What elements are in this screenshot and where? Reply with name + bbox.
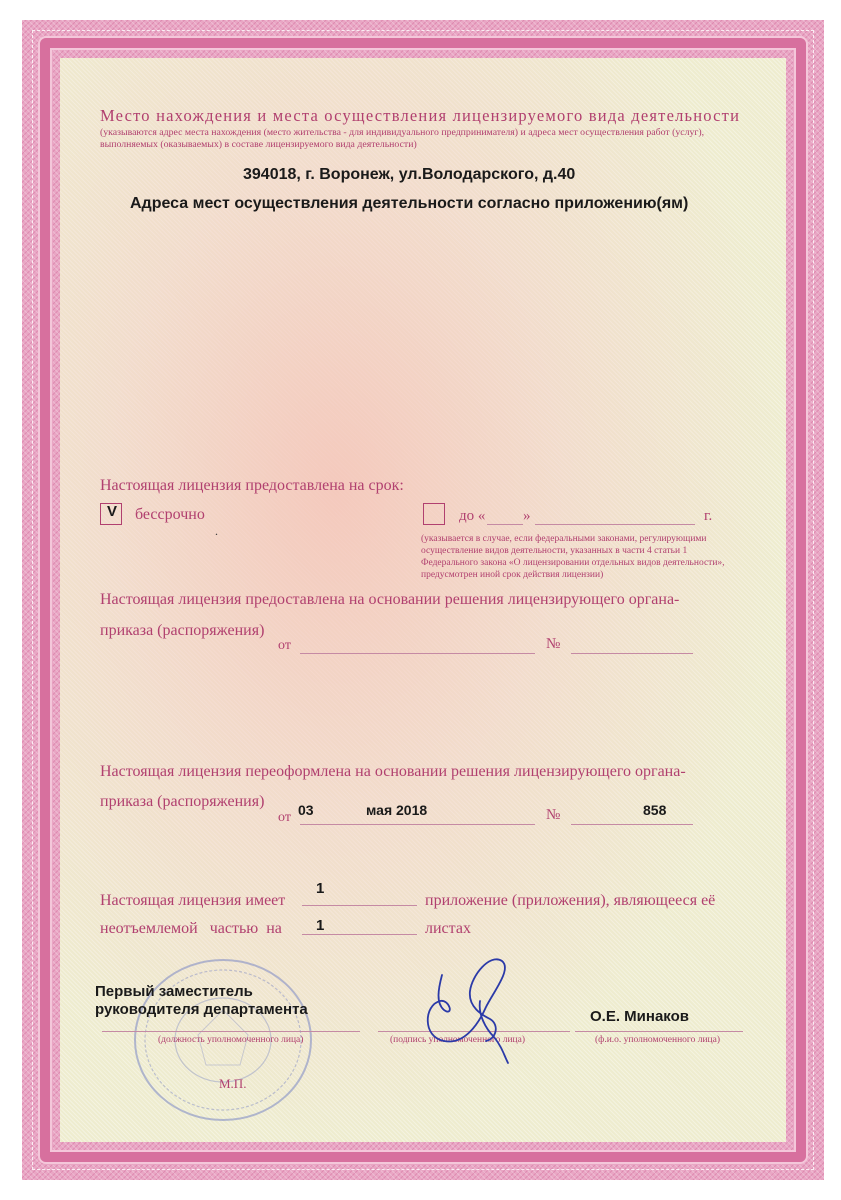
- appendix-sheets-field[interactable]: [302, 934, 417, 935]
- name-caption: (ф.и.о. уполномоченного лица): [595, 1034, 720, 1046]
- until-month-year-field[interactable]: [535, 524, 695, 525]
- granted-line2: приказа (распоряжения): [100, 622, 264, 640]
- position-line2: руководителя департамента: [95, 1001, 308, 1019]
- granted-date-field[interactable]: [300, 653, 535, 654]
- position-field[interactable]: [102, 1031, 360, 1032]
- location-hint-line1: (указываются адрес места нахождения (мес…: [100, 127, 704, 139]
- granted-number-field[interactable]: [571, 653, 693, 654]
- until-checkbox[interactable]: [423, 503, 445, 525]
- until-suffix: г.: [704, 508, 712, 525]
- official-name: О.Е. Минаков: [590, 1008, 689, 1025]
- reissued-day-value: 03: [298, 802, 314, 818]
- seal-label: М.П.: [219, 1076, 246, 1092]
- position-line1: Первый заместитель: [95, 983, 253, 1001]
- appendix-prefix: Настоящая лицензия имеет: [100, 892, 285, 910]
- unlimited-label: бессрочно: [135, 506, 205, 524]
- name-field[interactable]: [575, 1031, 743, 1032]
- term-label: Настоящая лицензия предоставлена на срок…: [100, 477, 404, 495]
- appendix-line2-prefix: неотъемлемой частью на: [100, 920, 282, 938]
- until-day-field[interactable]: [487, 524, 523, 525]
- granted-number-label: №: [546, 636, 560, 653]
- until-prefix: до «: [459, 508, 485, 525]
- reissued-from-label: от: [278, 810, 291, 826]
- reissued-line2: приказа (распоряжения): [100, 793, 264, 811]
- position-caption: (должность уполномоченного лица): [158, 1034, 303, 1046]
- stray-dot: .: [215, 524, 218, 539]
- appendix-count-field[interactable]: [302, 905, 417, 906]
- reissued-number-label: №: [546, 807, 560, 824]
- reissued-number-value: 858: [643, 802, 666, 818]
- location-hint-line2: выполняемых (оказываемых) в составе лице…: [100, 139, 417, 151]
- reissued-month-year-value: мая 2018: [366, 802, 427, 818]
- unlimited-checkbox[interactable]: V: [100, 503, 122, 525]
- appendix-suffix: листах: [425, 920, 471, 938]
- until-note: (указывается в случае, если федеральными…: [421, 533, 746, 581]
- appendix-count-value: 1: [316, 880, 324, 897]
- reissued-line1: Настоящая лицензия переоформлена на осно…: [100, 763, 686, 781]
- reissued-number-field[interactable]: [571, 824, 693, 825]
- appendix-sheets-value: 1: [316, 917, 324, 934]
- handwritten-signature: [420, 955, 530, 1065]
- location-heading: Место нахождения и места осуществления л…: [100, 106, 740, 126]
- check-mark-icon: V: [107, 503, 117, 520]
- activity-addresses-value: Адреса мест осуществления деятельности с…: [130, 195, 688, 213]
- address-value: 394018, г. Воронеж, ул.Володарского, д.4…: [243, 166, 575, 184]
- granted-line1: Настоящая лицензия предоставлена на осно…: [100, 591, 679, 609]
- granted-from-label: от: [278, 638, 291, 654]
- reissued-date-field[interactable]: [300, 824, 535, 825]
- until-quote-close: »: [523, 508, 531, 525]
- appendix-middle: приложение (приложения), являющееся её: [425, 892, 715, 910]
